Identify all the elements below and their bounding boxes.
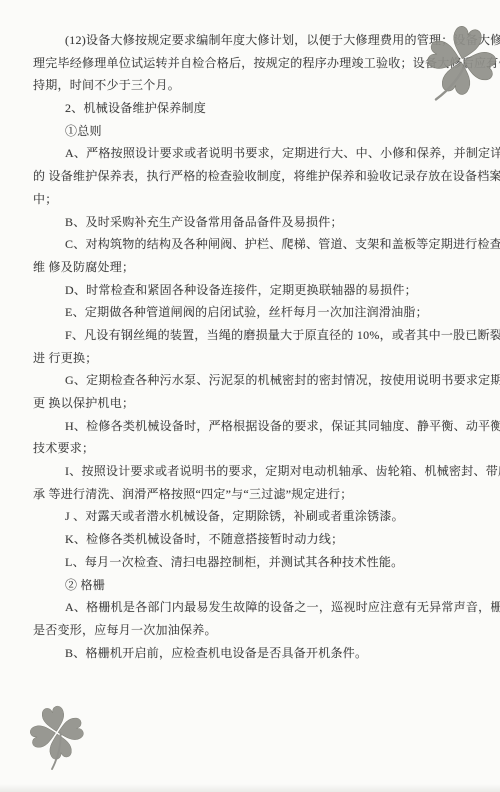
text-line: D、时常检查和紧固各种设备连接件，定期更换联轴器的易损件； [33,279,495,302]
text-line: H、检修各类机械设备时，严格根据设备的要求，保证其同轴度、静平衡、动平衡等 [33,415,495,438]
text-line: 维 修及防腐处理； [33,256,495,279]
text-line: 理完毕经修理单位试运转并自检合格后，按规定的程序办理竣工验收；设备大修后应有保 [33,52,495,75]
text-line: ①总则 [33,120,495,143]
text-line: E、定期做各种管道闸阀的启闭试验，丝杆每月一次加注润滑油脂； [33,301,495,324]
text-line: 中； [33,188,495,211]
text-line: L、每月一次检查、清扫电器控制柜，并测试其各种技术性能。 [33,551,495,574]
text-line: F、凡设有钢丝绳的装置，当绳的磨损量大于原直径的 10%，或者其中一股已断裂时， [33,324,495,347]
text-line: C、对构筑物的结构及各种闸阀、护栏、爬梯、管道、支架和盖板等定期进行检查、 [33,233,495,256]
text-line: 持期，时间不少于三个月。 [33,74,495,97]
text-line: B、及时采购补充生产设备常用备品备件及易损件； [33,211,495,234]
text-line: 2、机械设备维护保养制度 [33,97,495,120]
text-line: B、格栅机开启前，应检查机电设备是否具备开机条件。 [33,642,495,665]
text-line: I、按照设计要求或者说明书的要求，定期对电动机轴承、齿轮箱、机械密封、带座轴 [33,460,495,483]
text-line: (12)设备大修按规定要求编制年度大修计划，以便于大修理费用的管理；设备大修 [33,29,495,52]
document-body: (12)设备大修按规定要求编制年度大修计划，以便于大修理费用的管理；设备大修理完… [33,29,495,664]
text-line: G、定期检查各种污水泵、污泥泵的机械密封的密封情况，按使用说明书要求定期 [33,369,495,392]
text-line: ② 格栅 [33,574,495,597]
text-line: 的 设备维护保养表，执行严格的检查验收制度，将维护保养和验收记录存放在设备档案 [33,165,495,188]
clover-icon [14,691,101,785]
text-line: A、严格按照设计要求或者说明书要求，定期进行大、中、小修和保养，并制定详细 [33,142,495,165]
text-line: 更 换以保护机电； [33,392,495,415]
text-line: 是否变形，应每月一次加油保养。 [33,619,495,642]
text-line: J 、对露天或者潜水机械设备，定期除锈，补刷或者重涂锈漆。 [33,505,495,528]
text-line: 承 等进行清洗、润滑严格按照“四定”与“三过滤”规定进行； [33,483,495,506]
text-line: A、格栅机是各部门内最易发生故障的设备之一，巡视时应注意有无异常声音，栅条 [33,596,495,619]
document-page: (12)设备大修按规定要求编制年度大修计划，以便于大修理费用的管理；设备大修理完… [0,0,500,792]
text-line: 进 行更换； [33,347,495,370]
scan-edge-shadow [0,784,500,792]
text-line: 技术要求； [33,437,495,460]
text-line: K、检修各类机械设备时，不随意搭接暂时动力线； [33,528,495,551]
